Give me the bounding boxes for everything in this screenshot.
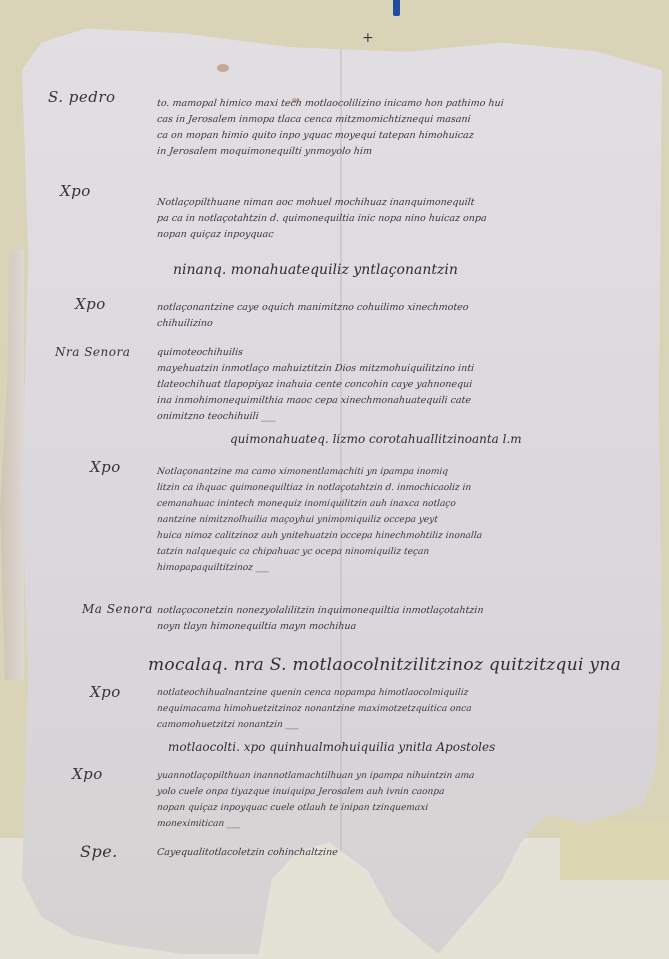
text-line: notlaçonantzine caye oquich manimitzno c… <box>156 300 469 316</box>
text-line: Notlaçopilthuane niman aoc mohuel mochih… <box>156 195 487 211</box>
text-line: litzin ca ihquac quimonequiltiaz in notl… <box>156 480 483 496</box>
text-line: yolo cuele onpa tiyazque inuiquipa Jeros… <box>156 784 475 800</box>
rubric-heading: ninanq. monahuatequiliz yntlaçonantzin <box>173 262 458 278</box>
text-line: to. mamopal himico maxi tech motlaocolil… <box>156 96 504 112</box>
section-text: quimoteochihuilis mayehuatzin inmotlaço … <box>157 345 474 425</box>
speaker-label-xpo: Xpo <box>60 182 91 200</box>
rubric-heading: quimonahuateq. lizmo corotahuallitzinoan… <box>230 432 522 446</box>
text-line: nequimacama himohuetzitzinoz nonantzine … <box>156 701 472 717</box>
text-line: nantzine nimitznolhuilia maçoyhui ynimom… <box>156 512 483 528</box>
text-line: moneximitican ___ <box>156 816 475 832</box>
text-line: huica nimoz calitzinoz auh ynitehuatzin … <box>156 528 483 544</box>
section-text: Cayequalitotlacoletzin cohinchaltzine <box>157 845 338 861</box>
speaker-label-xpo: Xpo <box>90 683 121 701</box>
speaker-label-spe: Spe. <box>80 842 118 861</box>
text-line: ca on mopan himio quito inpo yquac moyeq… <box>156 128 504 144</box>
speaker-label-xpo: Xpo <box>72 765 103 783</box>
text-line: in Jerosalem moquimonequilti ynmoyolo hi… <box>156 144 504 160</box>
text-line: nopan quiçaz inpoyquac <box>156 227 487 243</box>
text-line: yuannotlaçopilthuan inannotlamachtilhuan… <box>156 768 475 784</box>
section-text: notlaçoconetzin nonezyolalilitzin inquim… <box>157 603 483 635</box>
blue-tab-marker <box>393 0 400 16</box>
section-text: yuannotlaçopilthuan inannotlamachtilhuan… <box>157 768 474 832</box>
section-text: Notlaçopilthuane niman aoc mohuel mochih… <box>157 195 487 243</box>
text-line: himopapaquiltitzinoz ___ <box>156 560 483 576</box>
speaker-label-nra-senora: Nra Senora <box>55 345 130 359</box>
section-text: notlateochihualnantzine quenin cenca nop… <box>157 685 472 733</box>
text-line: Cayequalitotlacoletzin cohinchaltzine <box>156 845 338 861</box>
text-line: Notlaçonantzine ma camo ximonentlamachit… <box>156 464 483 480</box>
text-line: onimitzno teochihuili ___ <box>156 409 475 425</box>
text-line: pa ca in notlaçotahtzin d. quimonequilti… <box>156 211 487 227</box>
text-line: notlateochihualnantzine quenin cenca nop… <box>156 685 472 701</box>
section-text: to. mamopal himico maxi tech motlaocolil… <box>157 96 504 160</box>
text-line: quimoteochihuilis <box>156 345 475 361</box>
rubric-heading: motlaocolti. xpo quinhualmohuiquilia yni… <box>168 740 495 754</box>
text-line: nopan quiçaz inpoyquac cuele otlauh te i… <box>156 800 475 816</box>
text-line: cemanahuac inintech monequiz inomiquilit… <box>156 496 483 512</box>
text-line: tlateochihuat tlapopiyaz inahuia cente c… <box>156 377 475 393</box>
speaker-label-xpo: Xpo <box>75 295 106 313</box>
text-line: notlaçoconetzin nonezyolalilitzin inquim… <box>156 603 484 619</box>
section-text: notlaçonantzine caye oquich manimitzno c… <box>157 300 469 332</box>
text-line: noyn tlayn himonequiltia mayn mochihua <box>156 619 484 635</box>
section-text: Notlaçonantzine ma camo ximonentlamachit… <box>157 464 482 576</box>
text-line: cas in Jerosalem inmopa tlaca cenca mitz… <box>156 112 504 128</box>
stain <box>217 64 229 72</box>
stain <box>570 40 576 46</box>
text-line: tatzin nalquequic ca chipahuac yc ocepa … <box>156 544 483 560</box>
speaker-label-s-pedro: S. pedro <box>48 88 116 106</box>
text-line: camomohuetzitzi nonantzin ___ <box>156 717 472 733</box>
text-line: chihuilizino <box>156 316 469 332</box>
torn-left-edge <box>0 250 24 680</box>
speaker-label-ma-senora: Ma Senora <box>82 602 153 616</box>
top-cross-mark: + <box>362 30 374 46</box>
rubric-heading: mocalaq. nra S. motlaocolnitzilitzinoz q… <box>148 655 621 675</box>
text-line: ina inmohimonequimilthia maoc cepa xinec… <box>156 393 475 409</box>
mount-board-right <box>560 820 669 880</box>
speaker-label-xpo: Xpo <box>90 458 121 476</box>
text-line: mayehuatzin inmotlaço mahuiztitzin Dios … <box>156 361 475 377</box>
